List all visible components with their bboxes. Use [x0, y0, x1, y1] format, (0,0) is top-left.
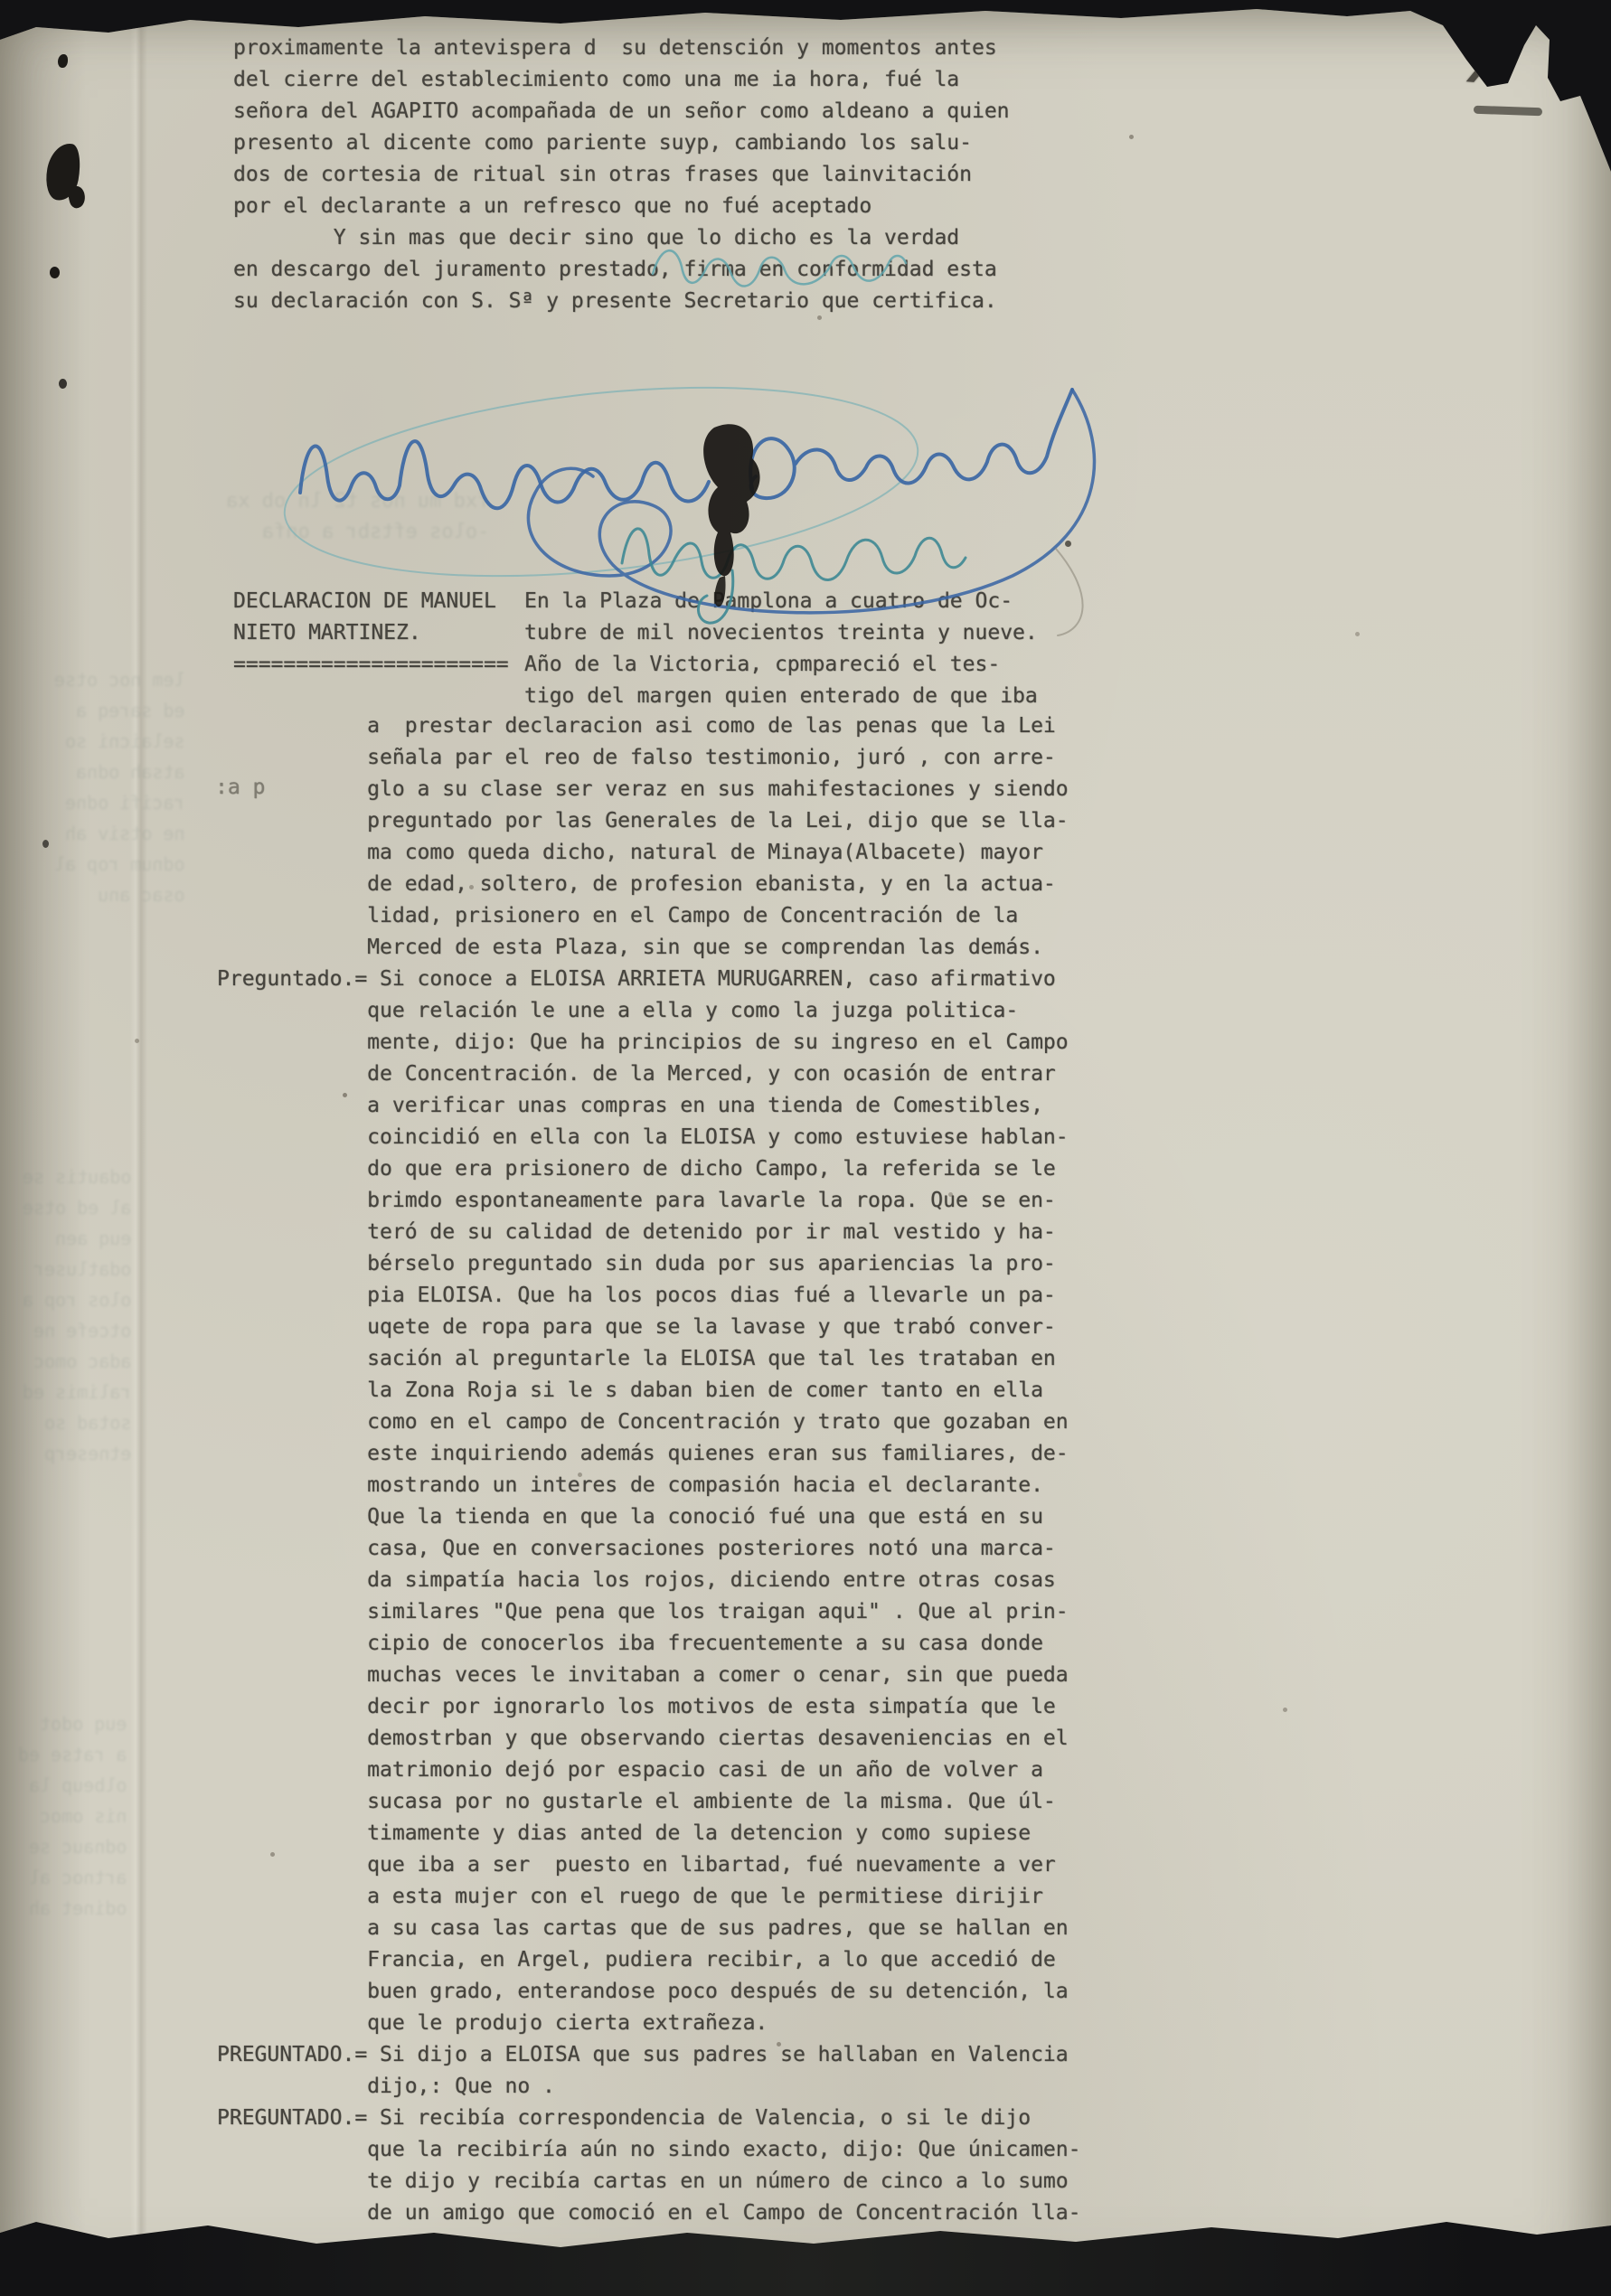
- page-number-underline: [1474, 106, 1542, 117]
- signature-secretary-rubric: [653, 250, 906, 286]
- document-page: lem noc otse ed sareq a selaicni so atsa…: [0, 0, 1611, 2296]
- signature-overlay: [244, 221, 1148, 655]
- deposition-body: a prestar declaracion asi como de las pe…: [217, 710, 1080, 2229]
- ghost-bleedthrough-1: lem noc otse ed sareq a selaicni so atsa…: [54, 664, 185, 910]
- ink-blot-left-4: [50, 267, 60, 278]
- signature-blue-flourish: [528, 390, 1094, 613]
- ink-blot-left-5: [59, 379, 67, 389]
- ghost-bleedthrough-2: odautis se al ed otse euq aen odatluser …: [23, 1162, 131, 1469]
- ghost-bleedthrough-3: euq odot a ratse ed olbeup la nis omoc o…: [18, 1708, 127, 1924]
- signature-alejandro-de-miguel: [622, 529, 966, 580]
- signature-fernandez-gonzalez-surname: [750, 390, 1072, 498]
- ink-blot-left-6: [42, 840, 49, 848]
- ink-blot-drip: [714, 576, 725, 607]
- signature-fernandez-gonzalez: [300, 441, 709, 508]
- pencil-flourish: [1056, 549, 1083, 635]
- ink-blot-left-1: [58, 54, 68, 68]
- scanned-document-screenshot: { "document": { "page_number": "7", "pap…: [0, 0, 1611, 2296]
